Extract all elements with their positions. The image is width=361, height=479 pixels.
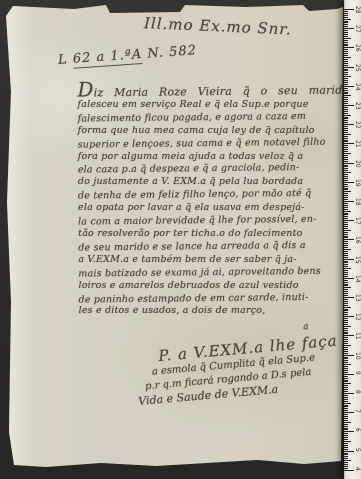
ruler-tick <box>344 414 348 415</box>
ruler-tick <box>344 420 348 421</box>
ruler-tick <box>344 214 348 215</box>
ruler-tick <box>344 205 348 206</box>
ruler-tick <box>344 220 354 221</box>
ruler-tick <box>344 412 354 413</box>
ruler-tick <box>344 285 348 286</box>
ruler-number: 6 <box>354 428 361 438</box>
ruler-tick <box>344 176 348 177</box>
ruler-tick <box>344 207 348 208</box>
ruler-tick <box>344 26 348 27</box>
ruler-tick <box>344 307 351 308</box>
ruler-tick <box>344 299 348 300</box>
ruler-tick <box>344 305 348 306</box>
ruler-number: 8 <box>354 390 361 400</box>
ruler-tick <box>344 55 348 56</box>
ruler-tick <box>344 36 348 37</box>
ruler-tick <box>344 17 348 18</box>
ruler-tick <box>344 117 348 118</box>
ruler-tick <box>344 151 348 152</box>
manuscript-line: forma que hua mea cama cuja ley de q̃ ca… <box>78 125 346 138</box>
ruler-tick <box>344 280 348 281</box>
ruler-tick <box>344 339 348 340</box>
ruler-tick <box>344 276 348 277</box>
ruler-tick <box>344 44 348 45</box>
ruler-tick <box>344 433 348 434</box>
ruler-number: 15 <box>354 256 361 266</box>
ruler-tick <box>344 264 348 265</box>
ruler-tick <box>344 166 348 167</box>
ruler-tick <box>344 241 348 242</box>
ruler-tick <box>344 426 348 427</box>
ruler-tick <box>344 224 348 225</box>
ruler-tick <box>344 163 354 164</box>
ruler-tick <box>344 165 348 166</box>
ruler-tick <box>344 422 351 423</box>
ruler-tick <box>344 358 348 359</box>
ruler-tick <box>344 216 348 217</box>
ruler-tick <box>344 381 348 382</box>
ruler-tick <box>344 297 354 298</box>
ruler-tick <box>344 136 348 137</box>
ruler-tick <box>344 428 348 429</box>
ruler-tick <box>344 128 348 129</box>
ruler-tick <box>344 401 348 402</box>
ruler-tick <box>344 230 351 231</box>
ruler-tick <box>344 355 354 356</box>
ruler-number: 22 <box>354 121 361 131</box>
ruler-tick <box>344 268 351 269</box>
ruler-number: 9 <box>354 371 361 381</box>
ruler-tick <box>344 261 348 262</box>
reference-underlined: 62 a 1.ªA <box>72 47 143 69</box>
ruler-tick <box>344 239 354 240</box>
ruler-tick <box>344 209 348 210</box>
ruler-tick <box>344 470 354 471</box>
ruler-tick <box>344 310 348 311</box>
ruler-tick <box>344 132 348 133</box>
ruler-tick <box>344 90 348 91</box>
ruler-tick <box>344 266 348 267</box>
reference-suffix: N. 582 <box>142 43 198 62</box>
ruler-tick <box>344 107 348 108</box>
ruler-tick <box>344 24 348 25</box>
ruler-tick <box>344 115 351 116</box>
ruler-tick <box>344 418 348 419</box>
ruler-tick <box>344 70 348 71</box>
ruler-tick <box>344 447 348 448</box>
ruler-tick <box>344 326 351 327</box>
ruler-tick <box>344 197 348 198</box>
ruler-tick <box>344 437 348 438</box>
ruler-tick <box>344 193 348 194</box>
ruler-tick <box>344 270 348 271</box>
manuscript-heading: Ill.mo Ex.mo Snr. <box>144 14 325 40</box>
ruler-tick <box>344 101 348 102</box>
ruler-tick <box>344 445 348 446</box>
ruler-tick <box>344 406 348 407</box>
ruler-tick <box>344 111 348 112</box>
ruler-tick <box>344 65 348 66</box>
ruler-tick <box>344 451 354 452</box>
ruler-tick <box>344 97 348 98</box>
ruler-tick <box>344 362 348 363</box>
manuscript-line: mais batizado se exama já ai, aproveitan… <box>78 265 346 281</box>
ruler-tick <box>344 462 348 463</box>
ruler-tick <box>344 130 348 131</box>
ruler-tick <box>344 67 354 68</box>
ruler-tick <box>344 439 348 440</box>
ruler-tick <box>344 19 351 20</box>
ruler-tick <box>344 333 348 334</box>
ruler-tick <box>344 295 348 296</box>
ruler-tick <box>344 320 348 321</box>
ruler-tick <box>344 393 354 394</box>
ruler-tick <box>344 124 354 125</box>
ruler-tick <box>344 234 348 235</box>
ruler-tick <box>344 53 348 54</box>
ruler-tick <box>344 149 348 150</box>
ruler-tick <box>344 255 348 256</box>
ruler-tick <box>344 109 348 110</box>
ruler-tick <box>344 80 348 81</box>
ruler-tick <box>344 9 354 10</box>
ruler-number: 21 <box>354 140 361 150</box>
manuscript-line: falesceu em serviço Real e q̃ ela Sup.e … <box>78 99 346 112</box>
ruler-tick <box>344 232 348 233</box>
ruler-number: 7 <box>354 409 361 419</box>
manuscript-line: falescimento ficou pagada, e agora a caz… <box>78 110 346 126</box>
ruler-tick <box>344 322 348 323</box>
ruler-tick <box>344 385 348 386</box>
ruler-tick <box>344 357 348 358</box>
ruler-number: 17 <box>354 217 361 227</box>
ruler-tick <box>344 351 348 352</box>
ruler-tick <box>344 364 351 365</box>
ruler-tick <box>344 443 348 444</box>
ruler-tick <box>344 61 348 62</box>
ruler-tick <box>344 262 348 263</box>
ruler-tick <box>344 284 348 285</box>
ruler-tick <box>344 372 348 373</box>
ruler-tick <box>344 429 348 430</box>
ruler-tick <box>344 86 354 87</box>
ruler-tick <box>344 222 348 223</box>
closing-block: a P. a V.EXM.a lhe façaa esmola q̃ Cumpl… <box>132 331 348 409</box>
ruler-tick <box>344 76 351 77</box>
ruler-tick <box>344 247 348 248</box>
ruler-tick <box>344 243 348 244</box>
ruler-tick <box>344 95 351 96</box>
manuscript-line: superior e lençoes, sua cama e q̃ em not… <box>78 136 346 152</box>
ruler-tick <box>344 237 348 238</box>
closing-superscript: a <box>303 322 309 332</box>
ruler-tick <box>344 441 351 442</box>
ruler-number: 14 <box>354 275 361 285</box>
ruler-tick <box>344 199 348 200</box>
ruler-tick <box>344 291 348 292</box>
ruler-tick <box>344 69 348 70</box>
ruler-tick <box>344 309 348 310</box>
ruler-tick <box>344 103 348 104</box>
ruler-tick <box>344 21 348 22</box>
ruler-tick <box>344 172 351 173</box>
ruler-tick <box>344 42 348 43</box>
ruler-tick <box>344 249 351 250</box>
closing-lines: P. a V.EXM.a lhe façaa esmola q̃ Cumplit… <box>132 331 348 409</box>
ruler-tick <box>344 410 348 411</box>
ruler-tick <box>344 92 348 93</box>
ruler-tick <box>344 466 348 467</box>
ruler-tick <box>344 157 348 158</box>
ruler-tick <box>344 82 348 83</box>
ruler-tick <box>344 118 348 119</box>
ruler-tick <box>344 47 354 48</box>
ruler-tick <box>344 218 348 219</box>
ruler-tick <box>344 370 348 371</box>
ruler-tick <box>344 383 351 384</box>
ruler-tick <box>344 347 348 348</box>
ruler-tick <box>344 22 348 23</box>
ruler-tick <box>344 211 351 212</box>
ruler-tick <box>344 259 354 260</box>
ruler-tick <box>344 138 348 139</box>
ruler-tick <box>344 153 351 154</box>
ruler-tick <box>344 332 348 333</box>
ruler-tick <box>344 141 348 142</box>
ruler-tick <box>344 84 348 85</box>
ruler-tick <box>344 272 348 273</box>
manuscript-line: a V.EXM.a e também bem de ser saber q̃ j… <box>78 254 346 267</box>
ruler-number: 20 <box>354 160 361 170</box>
ruler-tick <box>344 168 348 169</box>
ruler-tick <box>344 416 348 417</box>
ruler-tick <box>344 49 348 50</box>
ruler-tick <box>344 380 348 381</box>
ruler-tick <box>344 468 348 469</box>
ruler-tick <box>344 120 348 121</box>
ruler-number: 11 <box>354 332 361 342</box>
ruler-tick <box>344 312 348 313</box>
ruler-tick <box>344 366 348 367</box>
ruler-tick <box>344 161 348 162</box>
ruler-tick <box>344 45 348 46</box>
ruler-tick <box>344 188 348 189</box>
ruler-tick <box>344 140 348 141</box>
ruler-tick <box>344 213 348 214</box>
ruler-tick <box>344 282 348 283</box>
ruler-tick <box>344 105 354 106</box>
ruler-tick <box>344 453 348 454</box>
ruler-tick <box>344 59 348 60</box>
ruler-tick <box>344 93 348 94</box>
ruler-tick <box>344 226 348 227</box>
archival-reference: L 62 a 1.ªA N. 582 <box>58 43 198 68</box>
ruler-tick <box>344 274 348 275</box>
ruler-tick <box>344 458 348 459</box>
ruler-tick <box>344 328 348 329</box>
ruler-number: 24 <box>354 83 361 93</box>
ruler-tick <box>344 289 348 290</box>
ruler-tick <box>344 122 348 123</box>
ruler-tick <box>344 330 348 331</box>
ruler-tick <box>344 397 348 398</box>
ruler-tick <box>344 78 348 79</box>
ruler-tick <box>344 155 348 156</box>
ruler-tick <box>344 88 348 89</box>
ruler-tick <box>344 403 351 404</box>
ruler-tick <box>344 389 348 390</box>
ruler-tick <box>344 170 348 171</box>
reference-prefix: L <box>58 52 74 68</box>
ruler-tick <box>344 72 348 73</box>
ruler-tick <box>344 32 348 33</box>
ruler-tick <box>344 191 351 192</box>
ruler-tick <box>344 182 354 183</box>
ruler-number: 10 <box>354 352 361 362</box>
ruler-tick <box>344 391 348 392</box>
ruler-tick <box>344 460 351 461</box>
ruler-tick <box>344 143 354 144</box>
manuscript-page: Ill.mo Ex.mo Snr. L 62 a 1.ªA N. 582 Diz… <box>6 2 343 470</box>
ruler-tick <box>344 435 348 436</box>
ruler-tick <box>344 203 348 204</box>
manuscript-line: Diz Maria Roze Vieira q̃ o seu marido <box>77 80 345 100</box>
ruler-tick <box>344 278 354 279</box>
ruler-tick <box>344 51 348 52</box>
ruler-tick <box>344 228 348 229</box>
ruler-tick <box>344 293 348 294</box>
ruler-tick <box>344 245 348 246</box>
ruler-tick <box>344 184 348 185</box>
ruler-tick <box>344 456 348 457</box>
manuscript-line: les e ditos e usados, a dois de março, <box>79 305 347 318</box>
measuring-ruler: 2827262524232221201918171615141312111098… <box>344 0 361 479</box>
ruler-number: 19 <box>354 179 361 189</box>
ruler-tick <box>344 38 351 39</box>
ruler-tick <box>344 464 348 465</box>
photo-stage: Ill.mo Ex.mo Snr. L 62 a 1.ªA N. 582 Diz… <box>0 0 361 479</box>
ruler-number: 26 <box>354 44 361 54</box>
ruler-number: 23 <box>354 102 361 112</box>
ruler-tick <box>344 74 348 75</box>
ruler-tick <box>344 301 348 302</box>
ruler-tick <box>344 253 348 254</box>
ruler-tick <box>344 399 348 400</box>
ruler-tick <box>344 408 348 409</box>
ruler-tick <box>344 287 351 288</box>
ruler-tick <box>344 251 348 252</box>
ruler-tick <box>344 159 348 160</box>
ruler-tick <box>344 30 348 31</box>
ruler-tick <box>344 195 348 196</box>
ruler-tick <box>344 34 348 35</box>
ruler-tick <box>344 145 348 146</box>
ruler-tick <box>344 353 348 354</box>
ruler-tick <box>344 99 348 100</box>
ruler-tick <box>344 337 348 338</box>
ruler-number: 12 <box>354 313 361 323</box>
ruler-tick <box>344 113 348 114</box>
ruler-number: 16 <box>354 236 361 246</box>
ruler-tick <box>344 189 348 190</box>
ruler-tick <box>344 134 351 135</box>
ruler-tick <box>344 201 354 202</box>
ruler-tick <box>344 126 348 127</box>
ruler-tick <box>344 405 348 406</box>
ruler-tick <box>344 28 354 29</box>
ruler-tick <box>344 147 348 148</box>
ruler-number: 28 <box>354 6 361 16</box>
ruler-number: 5 <box>354 448 361 458</box>
ruler-tick <box>344 360 348 361</box>
body-lines: Diz Maria Roze Vieira q̃ o seu maridofal… <box>77 81 346 319</box>
ruler-tick <box>344 343 348 344</box>
ruler-tick <box>344 174 348 175</box>
ruler-tick <box>344 431 354 432</box>
ruler-tick <box>344 349 348 350</box>
ruler-tick <box>344 316 354 317</box>
ruler-tick <box>344 324 348 325</box>
ruler-tick <box>344 63 348 64</box>
ruler-tick <box>344 11 348 12</box>
ruler-tick <box>344 40 348 41</box>
manuscript-line: loiros e amarelos debruados de azul vest… <box>78 280 346 293</box>
ruler-tick <box>344 303 348 304</box>
ruler-tick <box>344 387 348 388</box>
ruler-tick <box>344 424 348 425</box>
ruler-tick <box>344 57 351 58</box>
ruler-tick <box>344 186 348 187</box>
ruler-tick <box>344 368 348 369</box>
ruler-number: 18 <box>354 198 361 208</box>
ruler-number: 25 <box>354 64 361 74</box>
ruler-tick <box>344 257 348 258</box>
ruler-tick <box>344 335 354 336</box>
ruler-tick <box>344 345 351 346</box>
ruler-tick <box>344 318 348 319</box>
ruler-tick <box>344 376 348 377</box>
ruler-tick <box>344 15 348 16</box>
ruler-tick <box>344 314 348 315</box>
ruler-tick <box>344 13 348 14</box>
ruler-number: 13 <box>354 294 361 304</box>
ruler-tick <box>344 178 348 179</box>
ruler-tick <box>344 374 354 375</box>
ruler-tick <box>344 341 348 342</box>
ruler-tick <box>344 454 348 455</box>
ruler-number: 27 <box>354 25 361 35</box>
ruler-tick <box>344 378 348 379</box>
manuscript-line: de seu marido e se lance ha arreada a q̃… <box>78 239 346 255</box>
ruler-number: 4 <box>354 467 361 477</box>
ruler-tick <box>344 395 348 396</box>
ruler-tick <box>344 236 348 237</box>
ruler-tick <box>344 449 348 450</box>
ruler-tick <box>344 180 348 181</box>
